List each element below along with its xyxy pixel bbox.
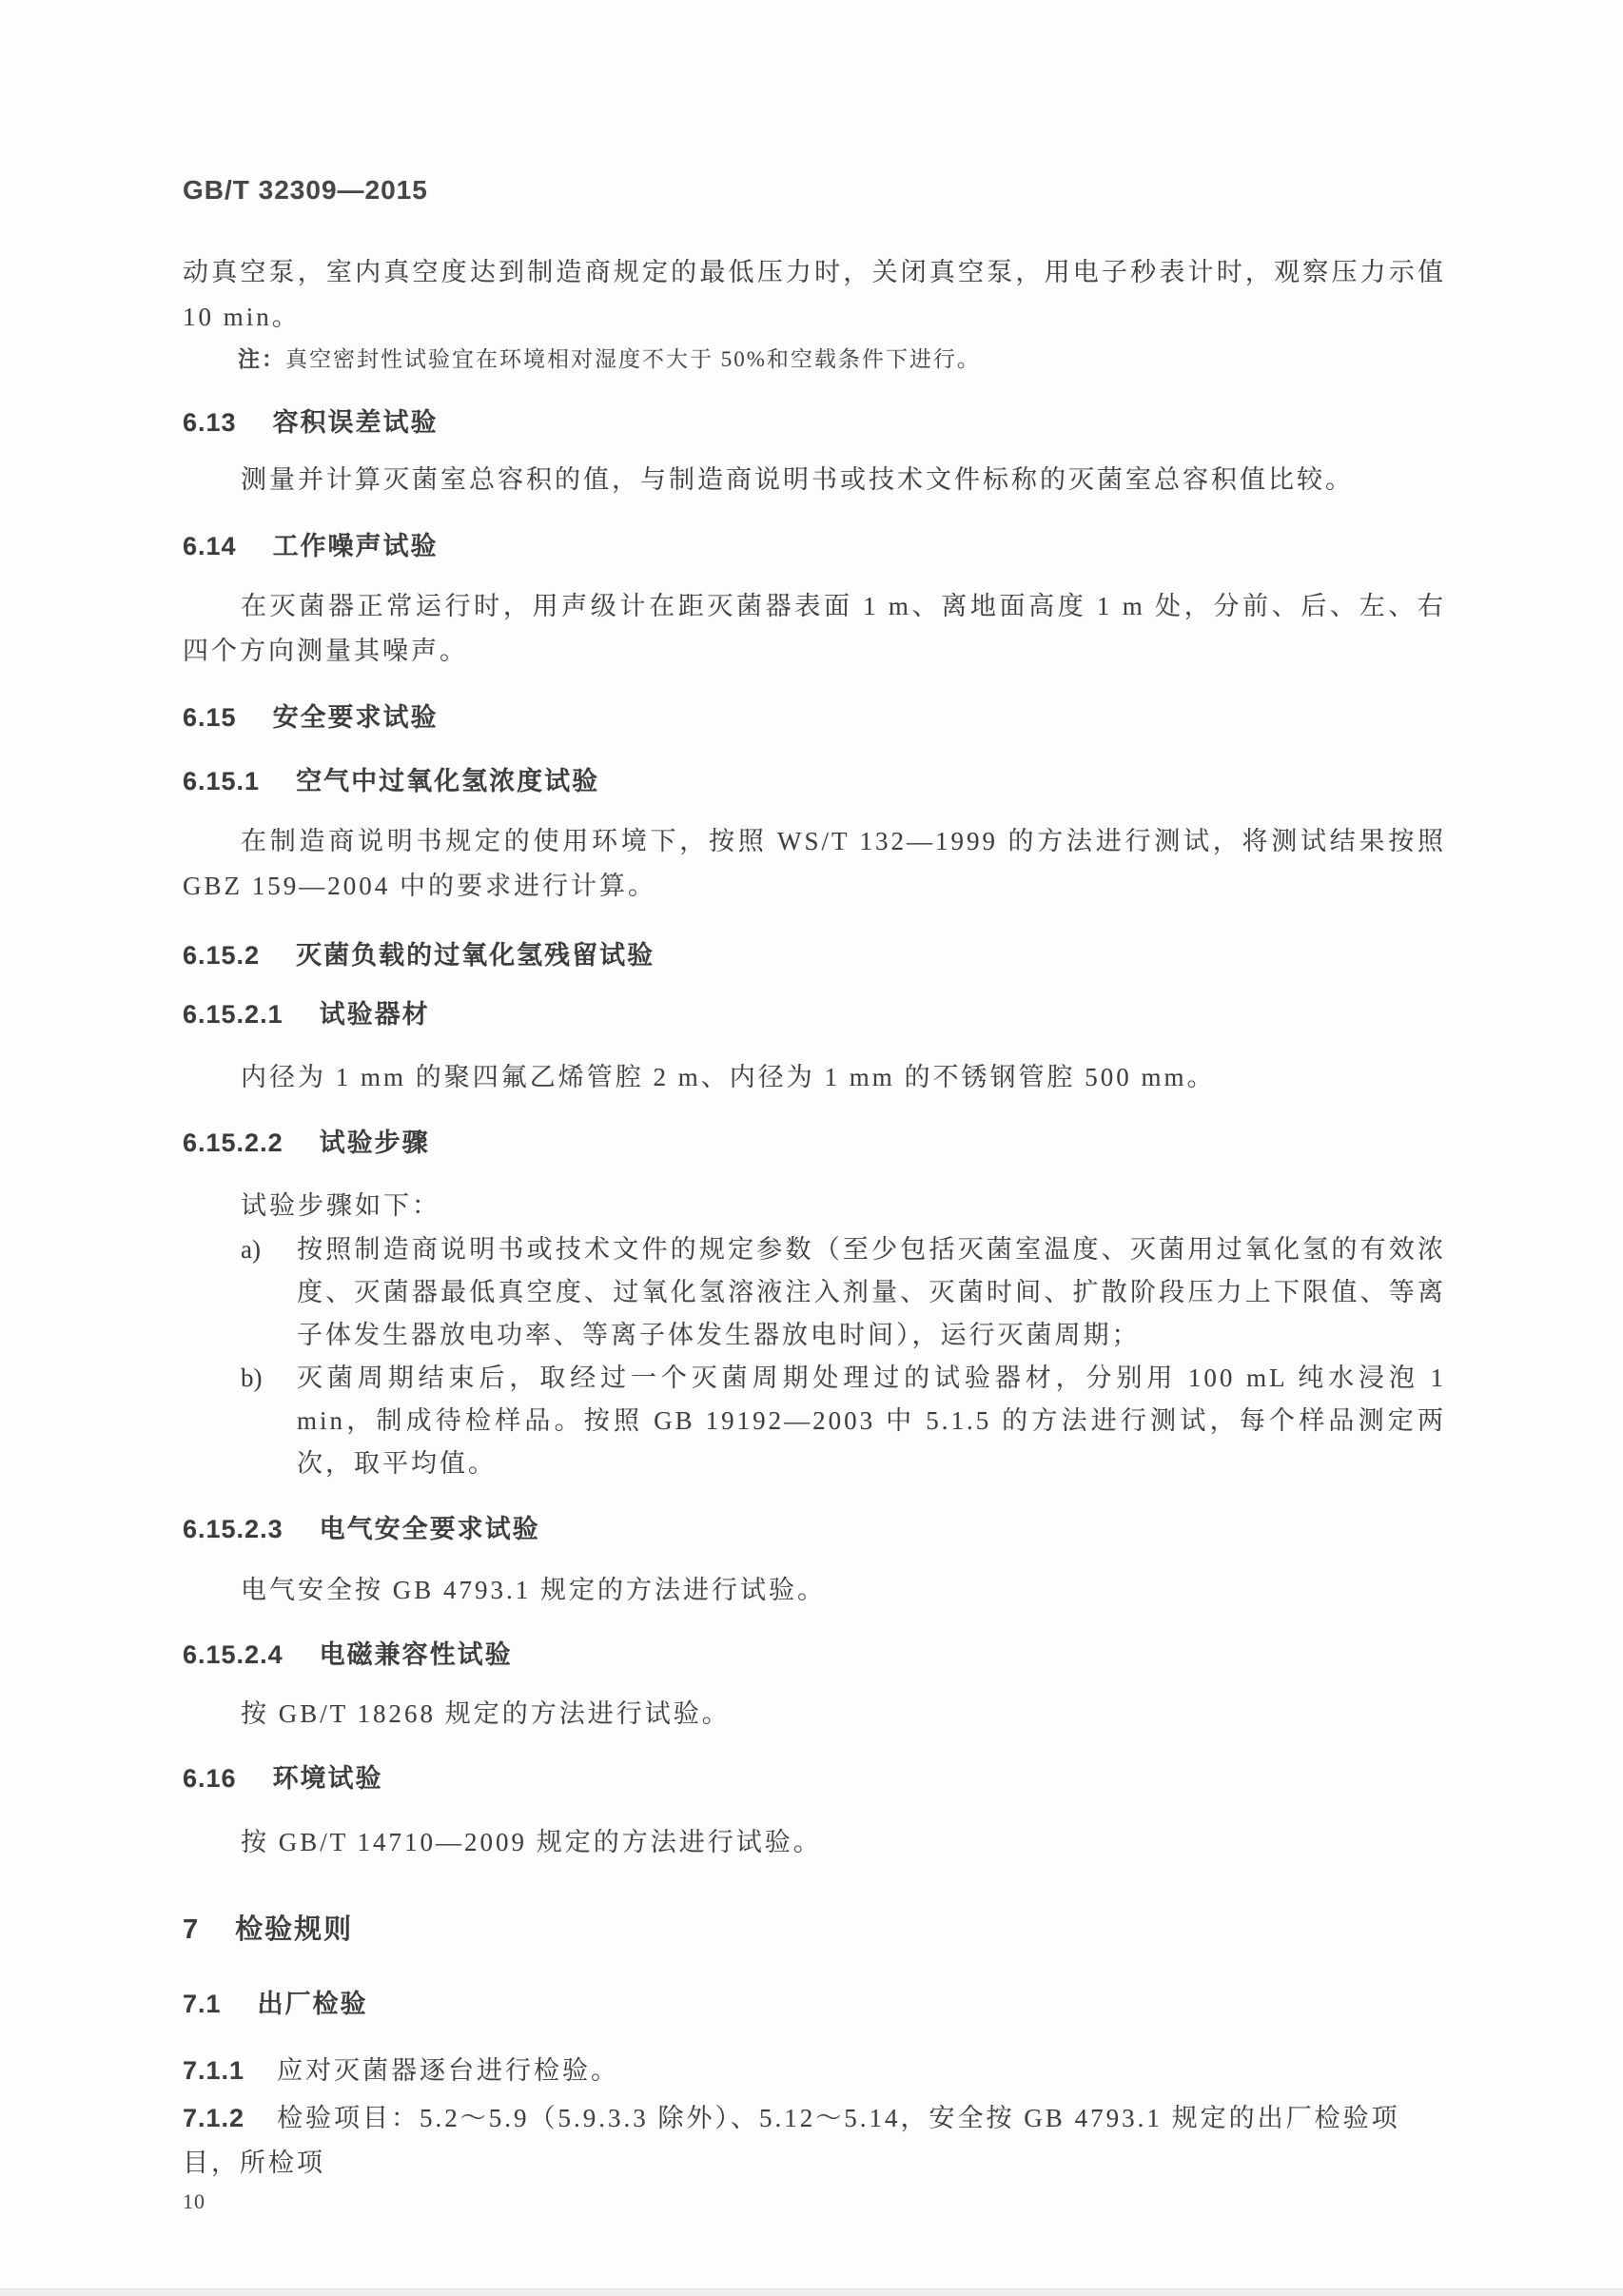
- section-title: 容积误差试验: [273, 408, 439, 437]
- paragraph-6-15-2-1: 内径为 1 mm 的聚四氟乙烯管腔 2 m、内径为 1 mm 的不锈钢管腔 50…: [183, 1055, 1446, 1100]
- section-heading-7-1: 7.1出厂检验: [183, 1982, 1446, 2027]
- paragraph-6-16: 按 GB/T 14710—2009 规定的方法进行试验。: [183, 1820, 1446, 1865]
- paragraph-6-15-2-4: 按 GB/T 18268 规定的方法进行试验。: [183, 1692, 1446, 1737]
- list-marker: b): [241, 1357, 263, 1400]
- section-number: 6.16: [183, 1756, 237, 1801]
- chapter-heading-7: 7检验规则: [183, 1906, 1446, 1953]
- clause-number: 7.1.2: [183, 2096, 244, 2141]
- note: 注：真空密封性试验宜在环境相对湿度不大于 50%和空载条件下进行。: [238, 340, 1446, 379]
- section-title: 试验步骤: [320, 1128, 430, 1157]
- section-heading-6-13: 6.13容积误差试验: [183, 401, 1446, 445]
- doc-code: GB/T 32309—2015: [183, 176, 1446, 205]
- section-number: 6.15.2.4: [183, 1633, 284, 1678]
- section-title: 安全要求试验: [273, 703, 439, 732]
- clause-text: 检验项目：5.2～5.9（5.9.3.3 除外）、5.12～5.14，安全按 G…: [183, 2104, 1400, 2177]
- section-number: 6.14: [183, 524, 237, 569]
- note-label: 注：: [238, 346, 285, 371]
- section-heading-6-14: 6.14工作噪声试验: [183, 524, 1446, 569]
- section-title: 电磁兼容性试验: [320, 1640, 513, 1669]
- paragraph-6-14: 在灭菌器正常运行时，用声级计在距灭菌器表面 1 m、离地面高度 1 m 处，分前…: [183, 584, 1446, 674]
- paragraph-6-13: 测量并计算灭菌室总容积的值，与制造商说明书或技术文件标称的灭菌室总容积值比较。: [183, 458, 1446, 502]
- paragraph-6-15-2-3: 电气安全按 GB 4793.1 规定的方法进行试验。: [183, 1568, 1446, 1613]
- section-heading-6-15: 6.15安全要求试验: [183, 696, 1446, 740]
- list-marker: a): [241, 1228, 261, 1271]
- section-title: 空气中过氧化氢浓度试验: [296, 767, 599, 795]
- list-item-a: a)按照制造商说明书或技术文件的规定参数（至少包括灭菌室温度、灭菌用过氧化氢的有…: [183, 1228, 1446, 1357]
- section-number: 6.13: [183, 401, 237, 445]
- section-number: 7.1: [183, 1982, 222, 2027]
- section-heading-6-15-2-4: 6.15.2.4电磁兼容性试验: [183, 1633, 1446, 1678]
- section-heading-6-15-2-2: 6.15.2.2试验步骤: [183, 1121, 1446, 1166]
- section-heading-6-15-2: 6.15.2灭菌负载的过氧化氢残留试验: [183, 933, 1446, 978]
- chapter-title: 检验规则: [235, 1914, 353, 1945]
- section-heading-6-16: 6.16环境试验: [183, 1756, 1446, 1801]
- section-title: 出厂检验: [258, 1990, 368, 2018]
- section-number: 6.15.2.2: [183, 1121, 284, 1166]
- page-bottom-edge: [0, 2288, 1623, 2296]
- section-number: 6.15.2.1: [183, 992, 284, 1037]
- section-number: 6.15.1: [183, 759, 260, 804]
- section-number: 6.15.2: [183, 933, 260, 978]
- section-heading-6-15-2-1: 6.15.2.1试验器材: [183, 992, 1446, 1037]
- paragraph-6-15-1: 在制造商说明书规定的使用环境下，按照 WS/T 132—1999 的方法进行测试…: [183, 819, 1446, 909]
- intro-paragraph: 动真空泵，室内真空度达到制造商规定的最低压力时，关闭真空泵，用电子秒表计时，观察…: [183, 250, 1446, 340]
- clause-7-1-1: 7.1.1应对灭菌器逐台进行检验。: [183, 2049, 1446, 2093]
- clause-text: 应对灭菌器逐台进行检验。: [277, 2056, 619, 2085]
- document-page: GB/T 32309—2015 动真空泵，室内真空度达到制造商规定的最低压力时，…: [0, 0, 1623, 2296]
- section-number: 6.15: [183, 696, 237, 740]
- list-text: 灭菌周期结束后，取经过一个灭菌周期处理过的试验器材，分别用 100 mL 纯水浸…: [297, 1364, 1446, 1478]
- list-item-b: b)灭菌周期结束后，取经过一个灭菌周期处理过的试验器材，分别用 100 mL 纯…: [183, 1357, 1446, 1485]
- section-title: 电气安全要求试验: [320, 1515, 540, 1543]
- section-title: 试验器材: [320, 1000, 430, 1029]
- page-number: 10: [183, 2188, 1446, 2216]
- clause-number: 7.1.1: [183, 2049, 244, 2093]
- section-heading-6-15-1: 6.15.1空气中过氧化氢浓度试验: [183, 759, 1446, 804]
- section-title: 灭菌负载的过氧化氢残留试验: [296, 941, 655, 970]
- section-title: 环境试验: [273, 1764, 383, 1793]
- clause-7-1-2: 7.1.2检验项目：5.2～5.9（5.9.3.3 除外）、5.12～5.14，…: [183, 2096, 1446, 2186]
- paragraph-6-15-2-2: 试验步骤如下：: [183, 1184, 1446, 1228]
- note-text: 真空密封性试验宜在环境相对湿度不大于 50%和空载条件下进行。: [285, 347, 981, 371]
- list-text: 按照制造商说明书或技术文件的规定参数（至少包括灭菌室温度、灭菌用过氧化氢的有效浓…: [297, 1235, 1446, 1349]
- section-heading-6-15-2-3: 6.15.2.3电气安全要求试验: [183, 1507, 1446, 1552]
- section-title: 工作噪声试验: [273, 532, 439, 560]
- section-number: 6.15.2.3: [183, 1507, 284, 1552]
- chapter-number: 7: [183, 1906, 199, 1953]
